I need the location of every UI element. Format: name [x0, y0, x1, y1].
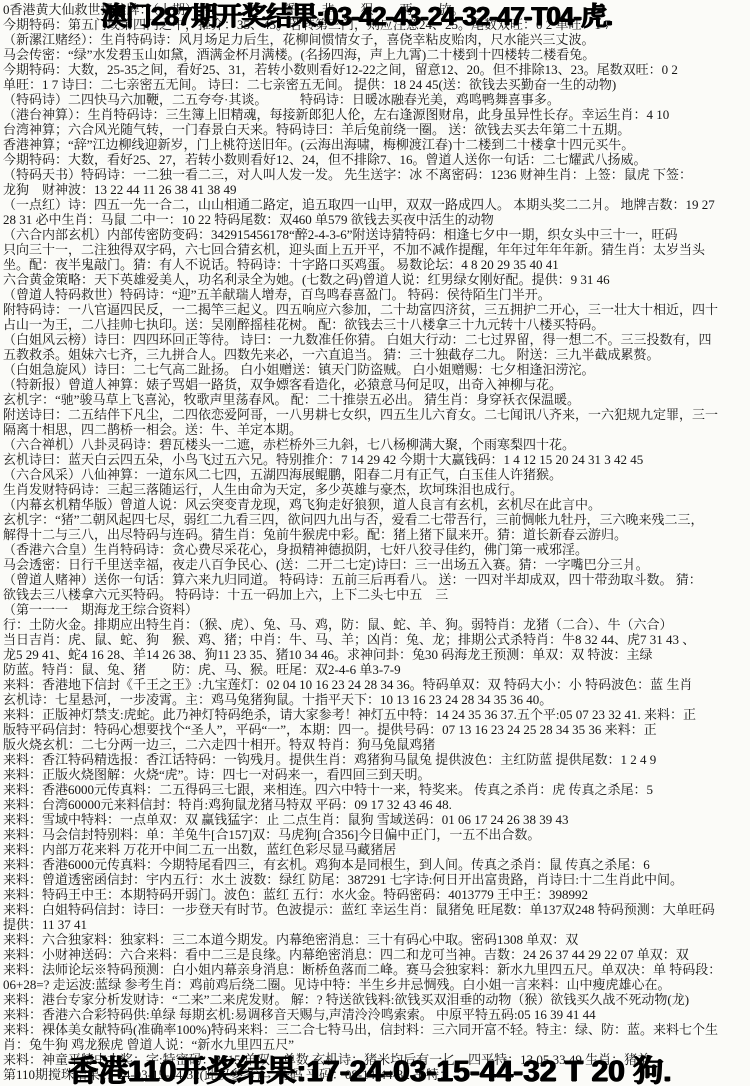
text-line: 六合黄金策略：天下英雄爱美人，功名利录全为她。(七数之码)曾道人说：红男绿女刚好…: [3, 272, 749, 287]
text-line: 只向三十一，二注独得双字码，六七回合猜玄机，迎头面上五开平，不加不减作提醒，年年…: [3, 242, 749, 257]
text-line: 06+28=? 走运波:蓝绿 参考生肖：鸡前鸡后绕二圈。见诗中特：半生乡井忌惆残…: [3, 977, 749, 992]
text-line: 防蓝。特肖：鼠、兔、猪 防：虎、马、猴。旺尾：双2-4-6 单3-7-9: [3, 662, 749, 677]
text-line: 马会传密：“绿”水发碧玉山如黛，酒满金杯月满楼。(名扬四海，声上九霄)二十楼到十…: [3, 47, 749, 62]
text-line: 单旺：1 7 诗曰：二七亲密五无间。 诗曰：二七亲密五无间。 提供：18 24 …: [3, 77, 749, 92]
text-line: （曾道人赌神）送你一句话：算六来九归同道。 特码诗：五前三后再看八。 送：一四对…: [3, 572, 749, 587]
text-line: 来料：港台专家分析发财诗：“二来”二来虎发财。 解：? 特送欲钱料:欲钱买双泪垂…: [3, 992, 749, 1007]
text-line: 玄机诗曰：蓝天白云四五朵，小鸟飞过五六兄。特别推介：7 14 29 42 今期十…: [3, 452, 749, 467]
text-line: 版特平码信封：特码心想要找个“圣人”，平码“一”，本期：四一。提供号码：07 1…: [3, 722, 749, 737]
text-line: 玄机字：“猪”二朝风起四七尽，弱红二九看三四，欲问四九出与否，爱看二七带吾行，三…: [3, 512, 749, 527]
hongkong-draw-result-overlay: 香港110开奖结果:17-24-03-15-44-32 T 20 狗.: [68, 1046, 672, 1086]
text-line: （特码天书）特码诗：一二独一看二三，对人叫人发一发。 先生送字：冰 不离密码：1…: [3, 167, 749, 182]
text-line: 来料：裸体美女献特码(准确率100%)特码来料：三二合七特马出，信封料：三六同开…: [3, 1022, 749, 1037]
text-line: （港台神算）：生肖特码诗：三生簿上旧精魂，每接新郎犯人伦，左右逢源图财帛，此身虽…: [3, 107, 749, 122]
text-line: 当日吉肖：虎、鼠、蛇、狗 猴、鸡、猪；中肖：牛、马、羊；凶肖：兔、龙；排期公式杀…: [3, 632, 749, 647]
macau-draw-result-overlay: 澳门287期开奖结果:03-42-43-24-32-47-T04-虎.: [101, 0, 612, 33]
text-line: 行：土防火金。排期应出特生肖：（猴、虎）、兔、马、鸡，防：鼠、蛇、羊、狗。弱特肖…: [3, 617, 749, 632]
text-line: 来料：台湾60000元来料信封：特肖:鸡狗鼠龙猪马特双 平码：09 17 32 …: [3, 797, 749, 812]
text-line: 来料：法师论坛※特码预测：白小姐内幕亲身消息：断桥鱼落而二峰。赛马会独家料：新水…: [3, 962, 749, 977]
text-line: （白姐风云榜）诗曰：四四环回正等待。 诗曰：一九数准任你猜。 白姐大行动：二七过…: [3, 332, 749, 347]
text-line: 来料：特码王中王：本期特码开弱门。波色：蓝红 五行：水火金。特码密码：40137…: [3, 887, 749, 902]
text-line: 龙5 29 41、蛇4 16 28、羊14 26 38、狗11 23 35、猪1…: [3, 647, 749, 662]
text-line: （特新报）曾道人神算：婊子骂娼一路货，双争嫖客看造化，必猿意马何足叹，出奇入神柳…: [3, 377, 749, 392]
text-line: 版火烧玄机：二七分两一边三，二六走四十相开。特双 特肖：狗马兔鼠鸡猪: [3, 737, 749, 752]
text-line: （一点红）诗：四五一先一合二，山山相通二路定，追五取四一山甲，双双一路成四人。 …: [3, 197, 749, 212]
text-line: 解得十二与三八，出尽特码与连码。猜生肖：兔前牛猴虎中彩。配：猪上猪下鼠来开。猜：…: [3, 527, 749, 542]
text-line: 来料：香港地下信封《千王之王》:九宝莲灯：02 04 10 16 23 24 2…: [3, 677, 749, 692]
text-line: 提供：11 37 41: [3, 917, 749, 932]
text-line: 来料：曾道透密函信封：宇内五行：水土 波数：绿红 防尾：387291 七字诗:何…: [3, 872, 749, 887]
text-line: 香港神算；“辞”江边柳线迎新岁，门上桃符送旧年。(云海出海啸，梅柳渡江春)十二楼…: [3, 137, 749, 152]
text-line: （六合风采）八仙神算：一道东风二七四，五湖四海展鲲鹏，阳春二月有正气，白玉佳人许…: [3, 467, 749, 482]
text-line: （白姐急旋风）诗曰：二七气高二趾扬。 白小姐赠送：镇天门防盗贼。 白小姐赠赐：七…: [3, 362, 749, 377]
text-line: 来料：内部万花来料 万花开中间二五一出数，蓝红色彩尽显马藏猪居: [3, 842, 749, 857]
text-line: 玄机字：“驰”骏马草上飞喜沁，牧歌声里荡春风。 配：二十推崇五必出。 猜生肖：身…: [3, 392, 749, 407]
text-line: （新漯江赌经）：生肖特码诗：风月场足力后生，花柳间惯情女子，喜侥幸粘皮贻肉，尺水…: [3, 32, 749, 47]
text-line: 来料：马会信封特别料：单：羊兔牛[合157]双：马虎狗[合356]今日偏中正门，…: [3, 827, 749, 842]
text-line: 来料：香港6000元传真料：二五得码三七跟，来相连。四六中特十一来，特奖来。 传…: [3, 782, 749, 797]
text-line: 来料：小财神送码：六合来料：看中二三是良缘。内幕绝密消息：四二和龙可当神。吉数：…: [3, 947, 749, 962]
text-line: 五教救杀。姐妹六七齐，三九拼合人。四数先来必，一六直追当。 猜：三十独截存二九。…: [3, 347, 749, 362]
text-line: （内幕玄机精华版）曾道人说：风云突变青龙现，鸡飞狗走好狼狈，道人良言有玄机，玄机…: [3, 497, 749, 512]
text-line: （特码诗）二四快马六加鞭，二五夸夸·其谈。 特码诗：日暖冰融春光美，鸡鸣鸭舞喜事…: [3, 92, 749, 107]
text-line: （曾道人特码救世）特码诗：“迎”五羊献瑞人增寿，百鸟鸣春喜盈门。 特码：侯待陌生…: [3, 287, 749, 302]
text-line: 来料：六合独家料：独家料：三二本道今期发。内幕绝密消息：三十有码心中取。密码13…: [3, 932, 749, 947]
text-line: 来料：白姐特码信封：诗曰：一步登天有时节。色波提示：蓝红 幸运生肖：鼠猪兔 旺尾…: [3, 902, 749, 917]
text-line: 马会透密：日行千里送幸福，夜走八百争民心、(送：二开二七定)诗曰：三一出场五入赛…: [3, 557, 749, 572]
text-line: 28 31 必中生肖：马鼠 二中一：10 22 特码尾数：双460 单579 欲…: [3, 212, 749, 227]
text-line: 来料：香港6000元传真料：今期特尾看四三，有玄机。鸡狗本是同根生，到人间。传真…: [3, 857, 749, 872]
text-line: 生肖发财特码诗：三起三落随运行，人生由命为天定，多少英雄与豪杰，坎坷珠泪也成行。: [3, 482, 749, 497]
text-line: 占山一为王，二八挂帅七执印。送：吴刚醉摇桂花树。 配：欲钱去三十八楼拿三十九元转…: [3, 317, 749, 332]
text-line: 隔离十相思，四二鹊桥一相会。送：牛、羊定本期。: [3, 422, 749, 437]
text-line: 欲钱去三八楼拿六元买特码。 特码诗：十五一码加上六，上下二头七中五 三: [3, 587, 749, 602]
text-line: （六合禅机）八卦灵码诗：碧瓦楼头一二遮，赤栏桥外三九斜，七八杨柳满大聚，个雨寒梨…: [3, 437, 749, 452]
text-line: 台湾神算；六合风光随气转，一门春景白天来。特码诗曰：羊后兔前绕一圈。 送：欲钱去…: [3, 122, 749, 137]
text-line: 来料：正版火烧图解：火烧“虎”。诗：四七一对码来一，看四回三到天明。: [3, 767, 749, 782]
text-line: 来料：雪域中特料：一点单双：双 赢钱猛字：止 二点生肖：鼠狗 雪域送码：01 0…: [3, 812, 749, 827]
text-line: 来料：正版神灯禁支:虎蛇。此乃神灯特码绝杀，请大家参考！神灯五中特：14 24 …: [3, 707, 749, 722]
text-line: 玄机诗：七星悬河，一步凌霄。主：鸡马兔猪狗鼠。十指平天下：10 13 16 23…: [3, 692, 749, 707]
lottery-tip-sheet-page: 0香港黄大仙救世报挂牌：（上期） 死 并 誓 非 狠 两 欤。今期特码：第五门或…: [0, 0, 750, 1086]
text-line: （六合内部玄机）内部传密防变码：342915456178“醉2-4-3-6”附送…: [3, 227, 749, 242]
text-line: （第一一一 期海龙王综合资料）: [3, 602, 749, 617]
text-line: （香港六合皇）生肖特码诗：贪心费尽采花心，身损精神德损阴，七奸八狡寻佳约，佛门第…: [3, 542, 749, 557]
text-line: 来料：香江特码精选报：香江话特码：一钩残月。提供生肖：鸡猪狗马鼠兔 提供波色：主…: [3, 752, 749, 767]
text-line: 附特码诗：一八官逼四民反，一二揭竿三起义。四五响应六参加，二十劫富四济贫，三五拥…: [3, 302, 749, 317]
text-line: 龙狗 财神波：13 22 44 11 26 38 41 38 49: [3, 182, 749, 197]
body-text: 0香港黄大仙救世报挂牌：（上期） 死 并 誓 非 狠 两 欤。今期特码：第五门或…: [3, 2, 749, 1082]
text-line: 今期特码：大数，看好25、27，若转小数则看好12、24，但不排除7、16。曾道…: [3, 152, 749, 167]
text-line: 附送诗曰：二五结伴下凡尘，二四依恋爱阿哥，一八男耕七女织，四五生儿六育女。二七闻…: [3, 407, 749, 422]
text-line: 今期特码：大数，25-35之间，看好25、31，若转小数则看好12-22之间，留…: [3, 62, 749, 77]
text-line: 来料：香港六合彩特码供:单绿 每期玄机:易调移音天赐与,声清泠泠鸣索索。 中原平…: [3, 1007, 749, 1022]
text-line: 坐。配：夜半鬼敲门。猜：有人不说话。特码诗：十字路口买鸡蛋。 易数论坛：4 8 …: [3, 257, 749, 272]
